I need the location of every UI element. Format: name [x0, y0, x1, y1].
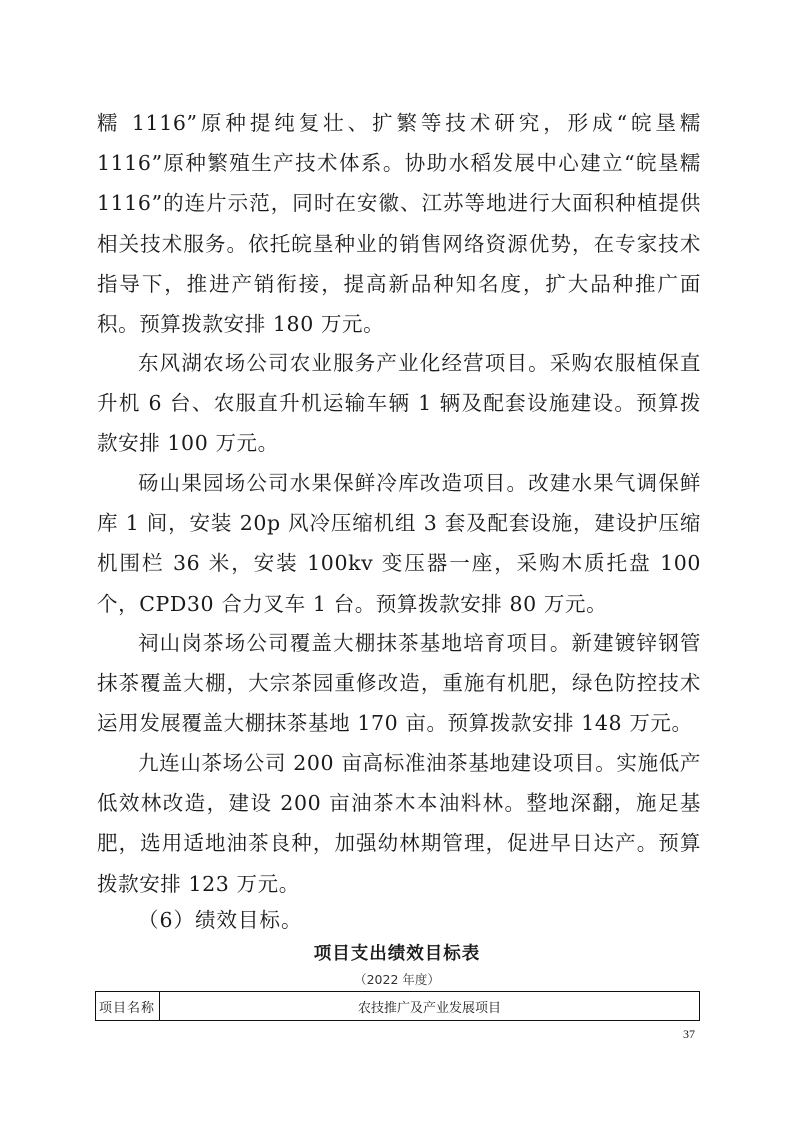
paragraph-dangshan: 砀山果园场公司水果保鲜冷库改造项目。改建水果气调保鲜库 1 间，安装 20p 风… [97, 463, 701, 624]
table-title: 项目支出绩效目标表 [0, 940, 794, 965]
paragraph-jiulianshan: 九连山茶场公司 200 亩高标准油茶基地建设项目。实施低产低效林改造，建设 20… [97, 743, 701, 904]
table-year: （2022 年度） [0, 970, 794, 988]
paragraph-cishangang: 祠山岗茶场公司覆盖大棚抹茶基地培育项目。新建镀锌钢管抹茶覆盖大棚，大宗茶园重修改… [97, 623, 701, 744]
performance-table: 项目名称 农技推广及产业发展项目 [95, 991, 700, 1021]
paragraph-dongfenghu: 东风湖农场公司农业服务产业化经营项目。采购农服植保直升机 6 台、农服直升机运输… [97, 343, 701, 464]
table-cell-value: 农技推广及产业发展项目 [160, 992, 699, 1020]
paragraph-wanken-rice: 糯 1116”原种提纯复壮、扩繁等技术研究，形成“皖垦糯 1116”原种繁殖生产… [97, 103, 701, 344]
section-heading: （6）绩效目标。 [138, 905, 303, 935]
table-cell-label: 项目名称 [96, 992, 160, 1020]
document-page: 糯 1116”原种提纯复壮、扩繁等技术研究，形成“皖垦糯 1116”原种繁殖生产… [0, 0, 794, 1122]
page-number: 37 [683, 1027, 695, 1042]
